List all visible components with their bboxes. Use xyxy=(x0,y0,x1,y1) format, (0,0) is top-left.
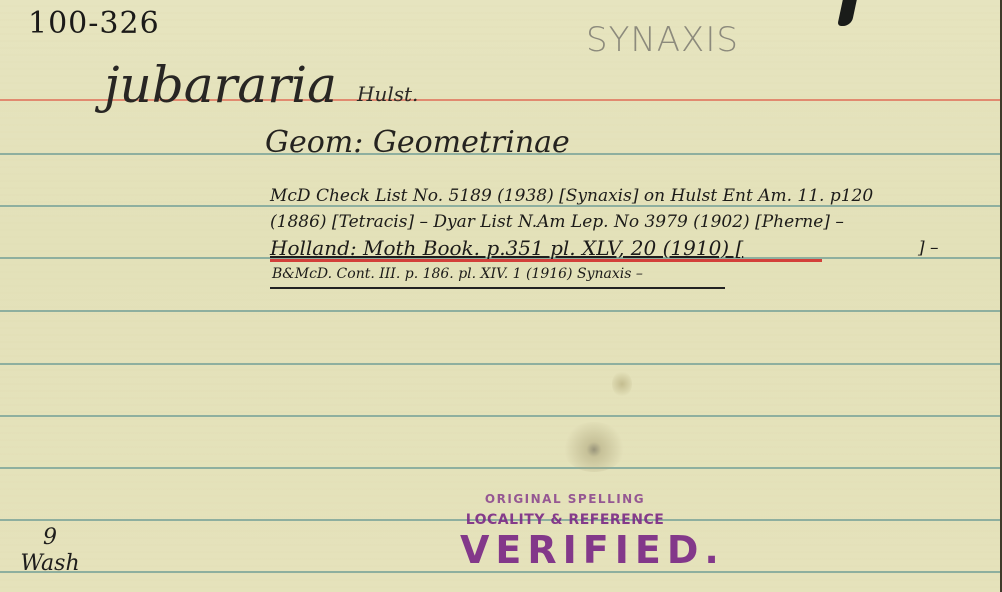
ruled-line xyxy=(0,363,1000,365)
reference-underline xyxy=(270,287,725,289)
ruled-line xyxy=(0,415,1000,417)
species-author: Hulst. xyxy=(357,82,418,106)
accession-number: 100-326 xyxy=(28,6,160,41)
margin-note: 9 Wash xyxy=(10,525,90,577)
reference-line-1: McD Check List No. 5189 (1938) [Synaxis]… xyxy=(270,186,873,206)
paper-stain xyxy=(612,371,632,397)
reference-line-2: (1886) [Tetracis] – Dyar List N.Am Lep. … xyxy=(270,212,844,232)
reference-tail-3: ] – xyxy=(918,238,939,258)
ruled-line xyxy=(0,310,1000,312)
reference-line-3: Holland: Moth Book. p.351 pl. XLV, 20 (1… xyxy=(270,236,743,260)
genus-label: SYNAXIS xyxy=(586,20,739,60)
ink-blot-mark xyxy=(837,0,857,26)
margin-note-number: 9 xyxy=(10,525,90,551)
ruled-line xyxy=(0,467,1000,469)
stamp-line-2: LOCALITY & REFERENCE xyxy=(460,512,670,528)
species-name: jubararia xyxy=(104,56,337,114)
red-underline xyxy=(270,259,822,262)
verification-stamp: ORIGINAL SPELLING LOCALITY & REFERENCE V… xyxy=(460,492,670,570)
index-card: 100-326 SYNAXIS jubararia Hulst. Geom: G… xyxy=(0,0,1002,592)
stamp-line-1: ORIGINAL SPELLING xyxy=(460,492,670,506)
paper-stain xyxy=(562,422,626,472)
reference-line-4: B&McD. Cont. III. p. 186. pl. XIV. 1 (19… xyxy=(272,266,643,282)
stamp-line-3: VERIFIED. xyxy=(460,530,670,570)
margin-note-text: Wash xyxy=(10,551,90,577)
family-subfamily: Geom: Geometrinae xyxy=(265,125,570,160)
